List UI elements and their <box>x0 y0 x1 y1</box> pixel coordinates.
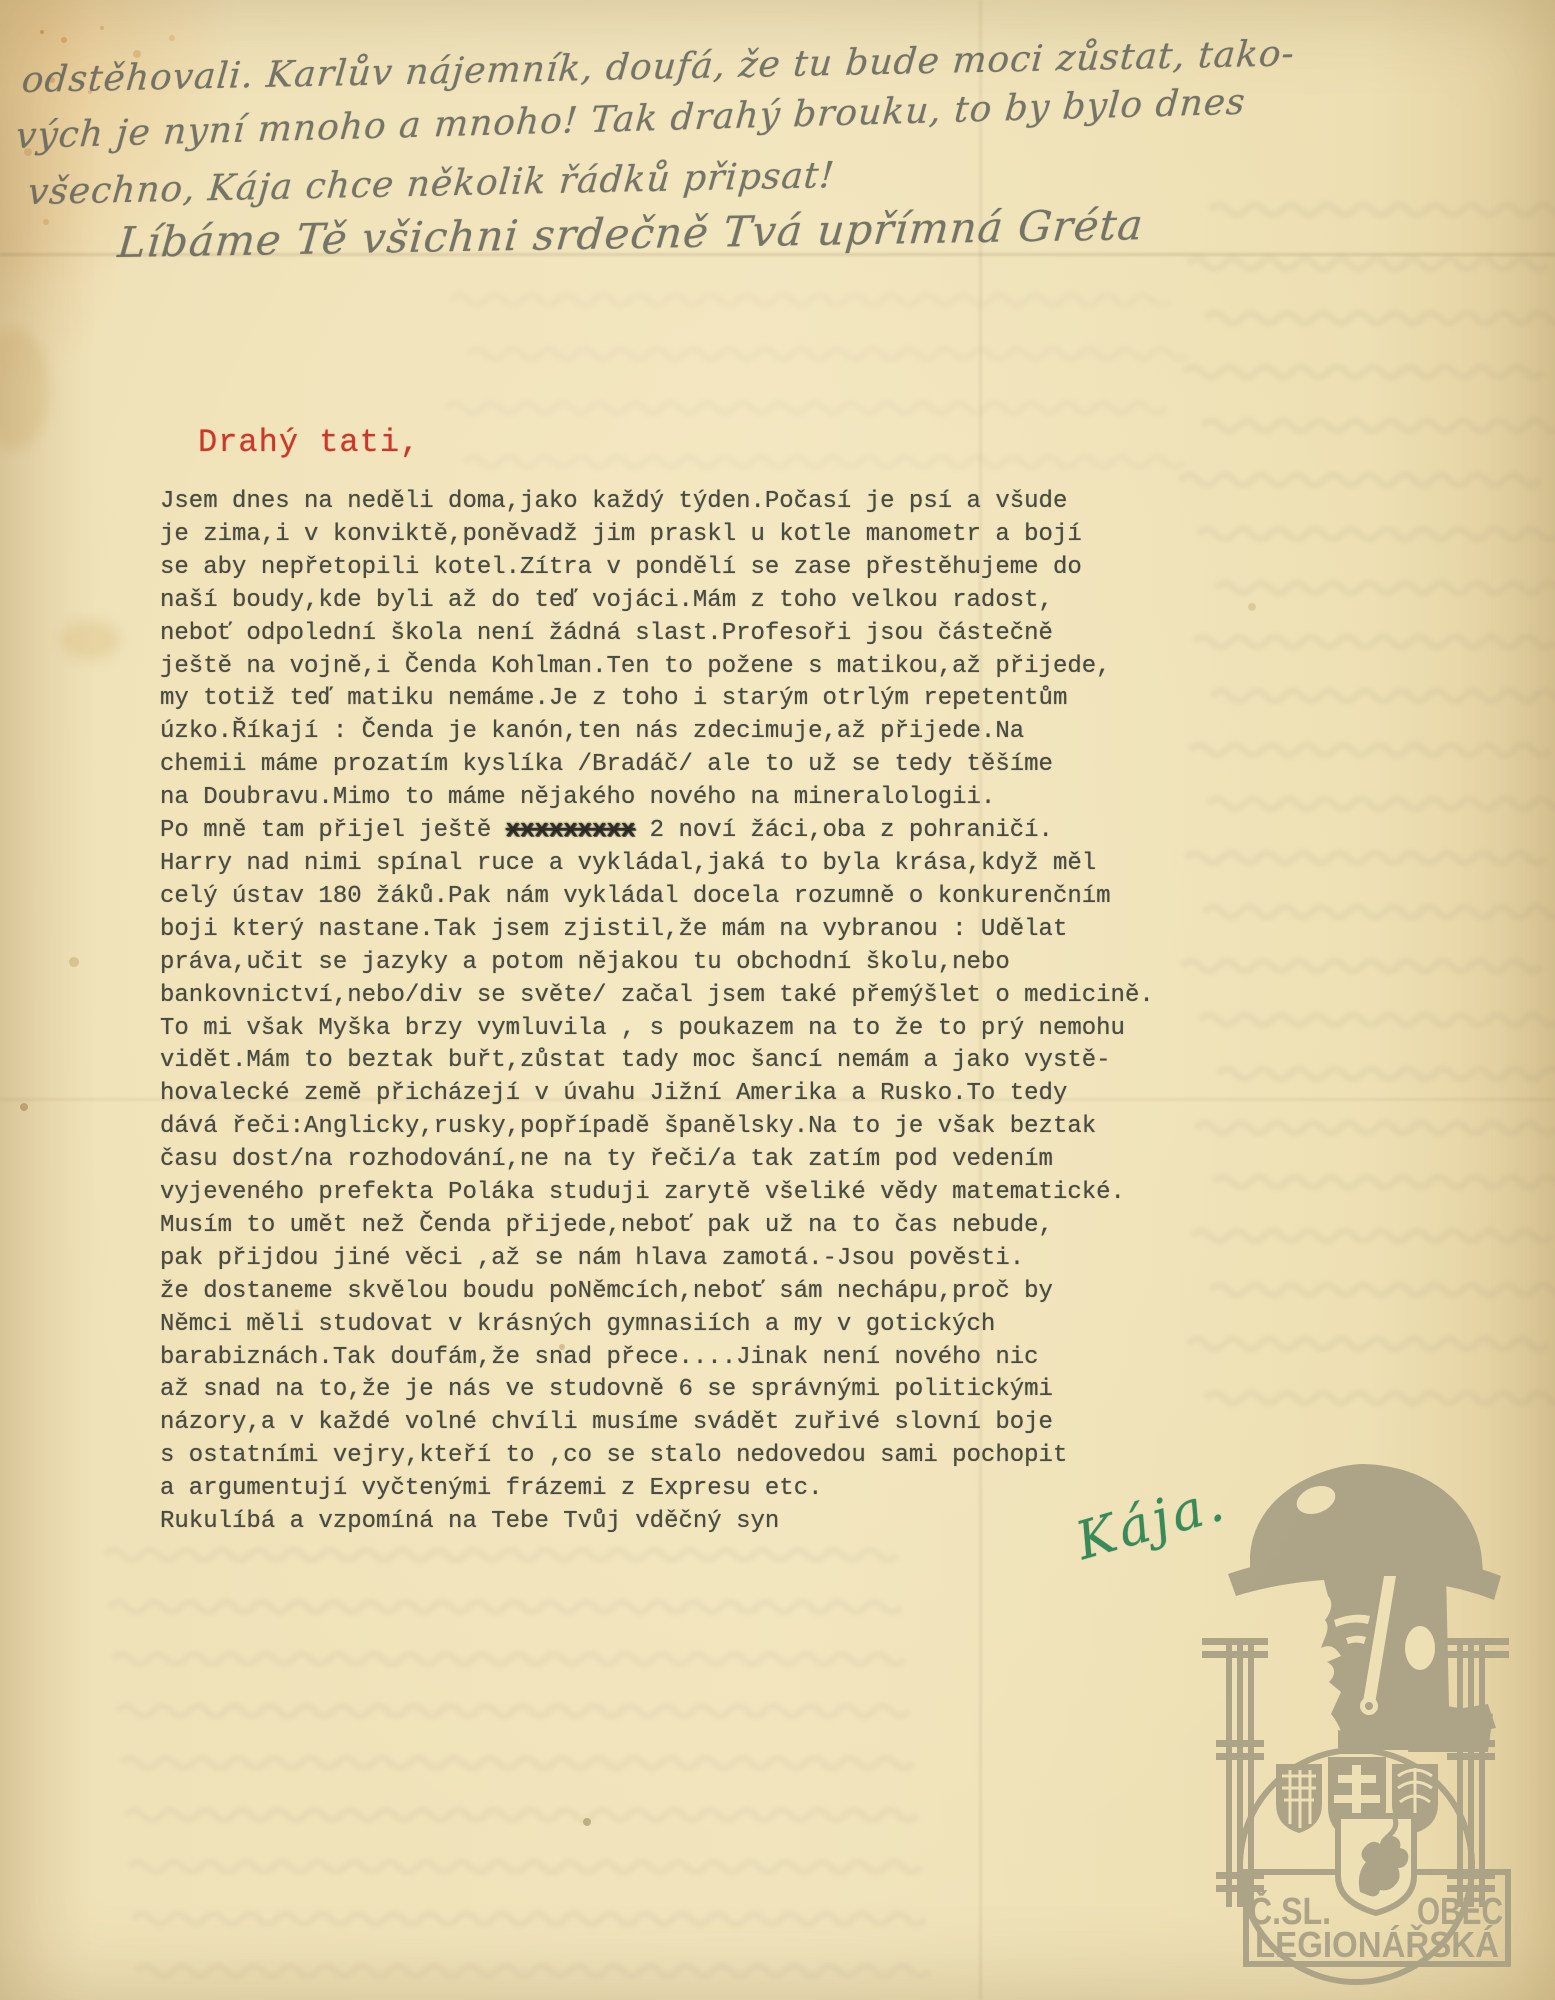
typed-line: názory,a v každé volné chvíli musíme svá… <box>160 1407 1154 1440</box>
lion-shield <box>1338 1816 1414 1913</box>
handwritten-line: Líbáme Tě všichni srdečně Tvá upřímná Gr… <box>116 200 1146 267</box>
paper-stain-blot <box>0 330 50 450</box>
typed-line: ještě na vojně,i Čenda Kohlman.Ten to po… <box>160 651 1154 684</box>
typed-line: až snad na to,že je nás ve studovně 6 se… <box>160 1374 1154 1407</box>
letter-page: odstěhovali. Karlův nájemník, doufá, že … <box>0 0 1555 2000</box>
typed-line: se aby nepřetopili kotel.Zítra v pondělí… <box>160 552 1154 585</box>
paper-stain-blot <box>60 620 120 660</box>
typed-line: že dostaneme skvělou boudu poNěmcích,neb… <box>160 1276 1154 1309</box>
typed-line: práva,učit se jazyky a potom nějakou tu … <box>160 947 1154 980</box>
stamp-text-legionarska: LEGIONÁŘSKÁ <box>1255 1923 1499 1965</box>
typed-line: pak přijdou jiné věci ,až se nám hlava z… <box>160 1243 1154 1276</box>
typed-line: chemii máme prozatím kyslíka /Bradáč/ al… <box>160 749 1154 782</box>
typed-line: je zima,i v konviktě,poněvadž jim praskl… <box>160 519 1154 552</box>
typed-line: Musím to umět než Čenda přijede,neboť pa… <box>160 1210 1154 1243</box>
typed-line: barabiznách.Tak doufám,že snad přece....… <box>160 1342 1154 1375</box>
legion-stamp: Č.SL. OBEC LEGIONÁŘSKÁ <box>1188 1452 1523 1992</box>
typed-line: Rukulíbá a vzpomíná na Tebe Tvůj vděčný … <box>160 1506 1154 1539</box>
typed-line: Jsem dnes na neděli doma,jako každý týde… <box>160 486 1154 519</box>
typed-line: vidět.Mám to beztak buřt,zůstat tady moc… <box>160 1045 1154 1078</box>
paper-stains <box>40 30 44 34</box>
typed-line: dává řeči:Anglicky,rusky,popřípadě španě… <box>160 1111 1154 1144</box>
salutation: Drahý tati, <box>198 424 420 461</box>
typed-line: a argumentují vyčtenými frázemi z Expres… <box>160 1473 1154 1506</box>
typed-line: my totiž teď matiku nemáme.Je z toho i s… <box>160 683 1154 716</box>
typed-line: Harry nad nimi spínal ruce a vykládal,ja… <box>160 848 1154 881</box>
typed-line: naší boudy,kde byli až do teď vojáci.Mám… <box>160 585 1154 618</box>
typed-line: Němci měli studovat v krásných gymnasiíc… <box>160 1309 1154 1342</box>
typed-line: celý ústav 180 žáků.Pak nám vykládal doc… <box>160 881 1154 914</box>
typed-line: na Doubravu.Mimo to máme nějakého nového… <box>160 782 1154 815</box>
typed-line: s ostatními vejry,kteří to ,co se stalo … <box>160 1440 1154 1473</box>
typed-line: úzko.Říkají : Čenda je kanón,ten nás zde… <box>160 716 1154 749</box>
typed-line: To mi však Myška brzy vymluvila , s pouk… <box>160 1013 1154 1046</box>
handwritten-line: všechno, Kája chce několik řádků připsat… <box>26 155 836 213</box>
typed-line: Po mně tam přijel ještě xxxxxxxxx 2 noví… <box>160 815 1154 848</box>
typed-line: boji který nastane.Tak jsem zjistil,že m… <box>160 914 1154 947</box>
typed-body: Jsem dnes na neděli doma,jako každý týde… <box>160 486 1154 1539</box>
typed-line: času dost/na rozhodování,ne na ty řeči/a… <box>160 1144 1154 1177</box>
typed-line: vyjeveného prefekta Poláka studuji zaryt… <box>160 1177 1154 1210</box>
typed-line: hovalecké země přicházejí v úvahu Jižní … <box>160 1078 1154 1111</box>
typed-line: neboť odpolední škola není žádná slast.P… <box>160 618 1154 651</box>
typed-line: bankovnictví,nebo/div se světe/ začal js… <box>160 980 1154 1013</box>
